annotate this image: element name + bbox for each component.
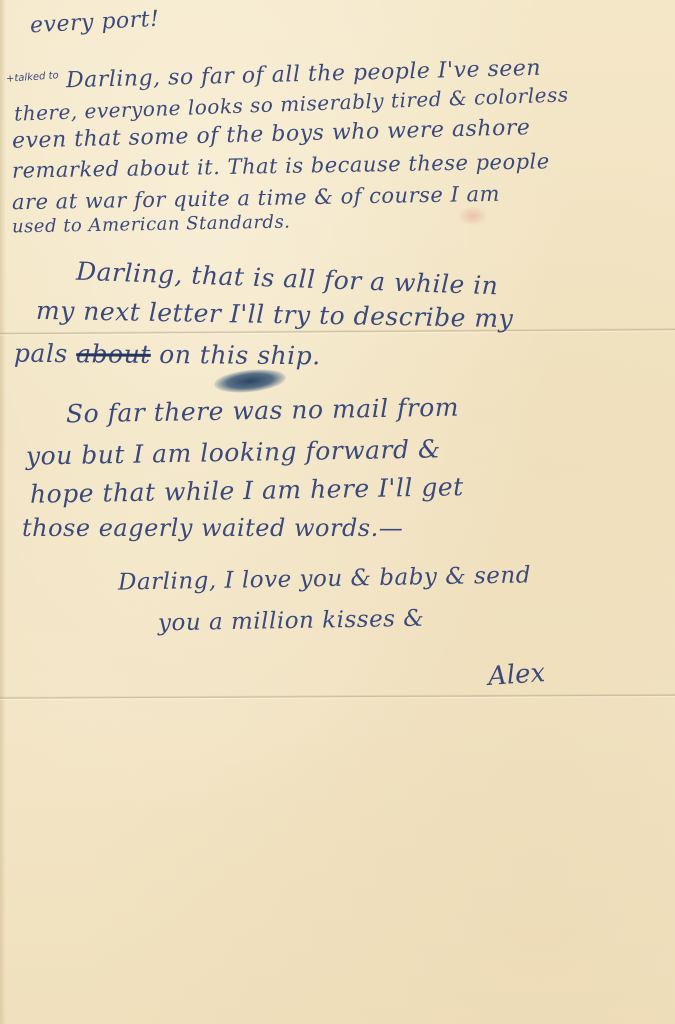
- word-pals: pals: [14, 339, 68, 368]
- margin-note: +talked to: [6, 70, 59, 85]
- letter-line: used to American Standards.: [12, 214, 291, 237]
- letter-line: you a million kisses &: [158, 608, 425, 636]
- letter-line: my next letter I'll try to describe my: [36, 298, 514, 331]
- letter-line: you but I am looking forward &: [26, 436, 441, 468]
- signature: Alex: [487, 658, 546, 692]
- fold-crease-lower: [0, 694, 675, 701]
- struck-out-word: about: [76, 339, 151, 369]
- letter-line: remarked about it. That is because these…: [12, 151, 550, 181]
- paper-edge-shadow: [0, 0, 6, 1024]
- ink-blot: [213, 366, 287, 395]
- letter-line: are at war for quite a time & of course …: [12, 184, 500, 214]
- letter-line: every port!: [30, 9, 160, 38]
- letter-line: Darling, I love you & baby & send: [118, 564, 531, 594]
- letter-line: Darling, that is all for a while in: [76, 259, 499, 299]
- letter-line-with-strikethrough: pals about on this ship.: [14, 341, 321, 369]
- letter-line: So far there was no mail from: [66, 395, 459, 427]
- word-on-this-ship: on this ship.: [159, 340, 321, 370]
- letter-line: hope that while I am here I'll get: [30, 474, 464, 507]
- letter-page: every port! +talked to Darling, so far o…: [0, 0, 675, 1024]
- letter-line: those eagerly waited words.—: [22, 516, 403, 540]
- faint-red-stamp-mark: [458, 206, 488, 226]
